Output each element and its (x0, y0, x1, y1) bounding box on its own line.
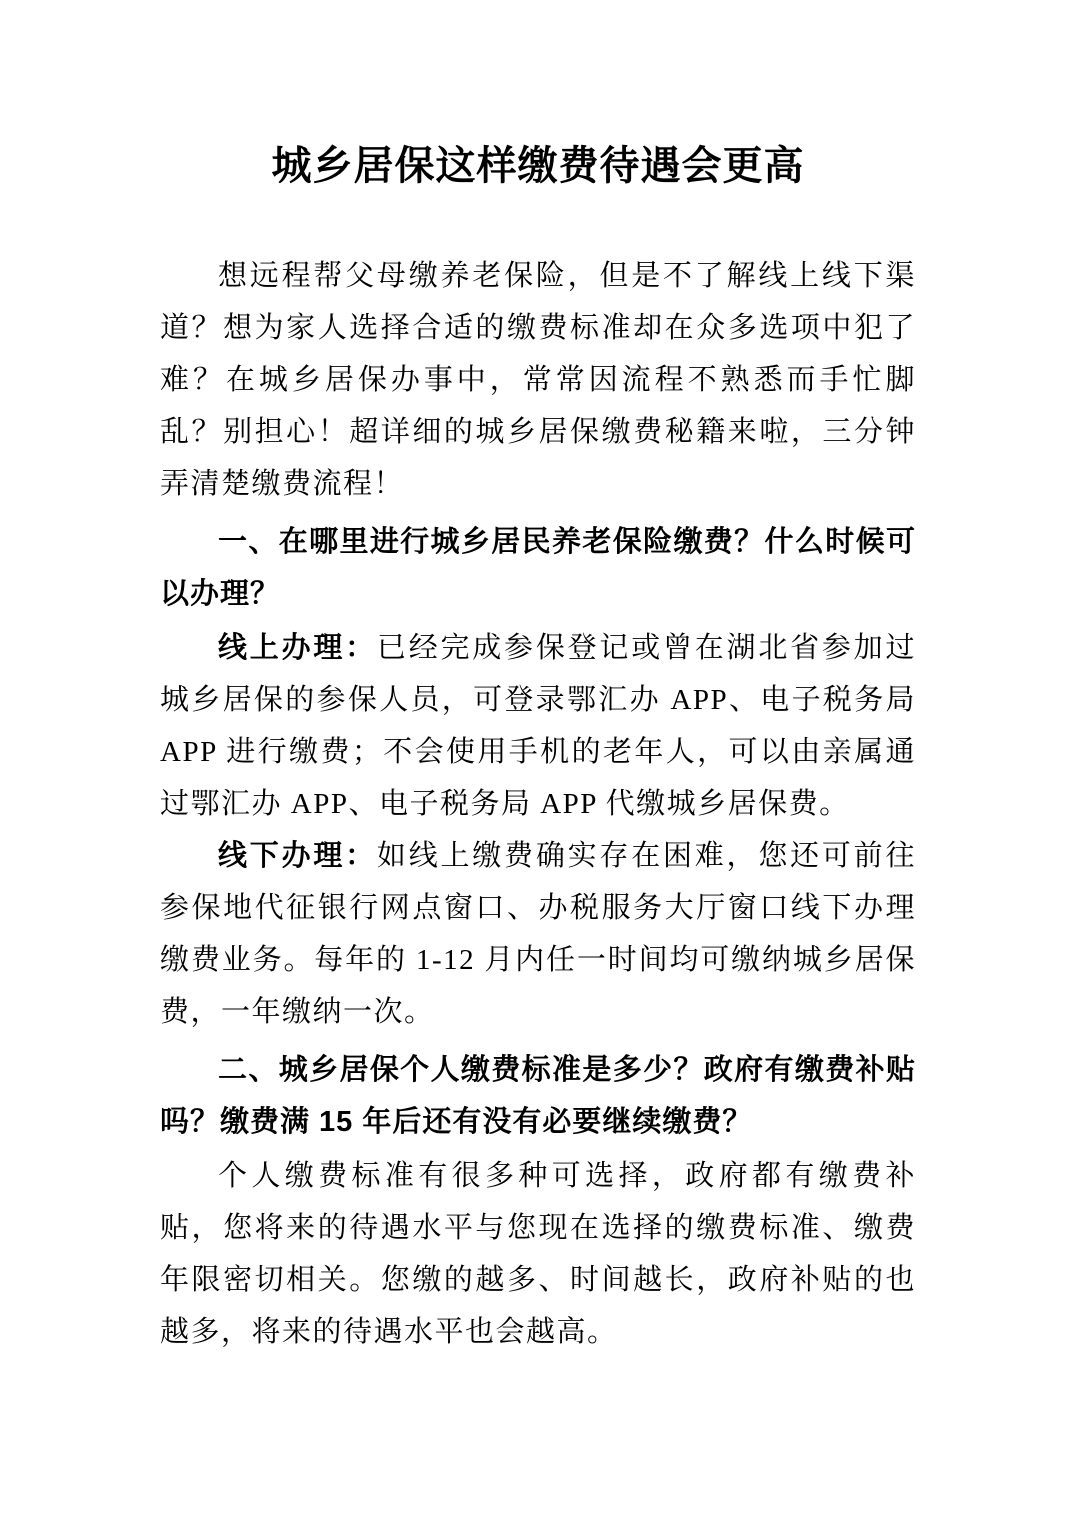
section2-heading: 二、城乡居保个人缴费标准是多少？政府有缴费补贴吗？缴费满 15 年后还有没有必要… (160, 1044, 916, 1148)
document-page: 城乡居保这样缴费待遇会更高 想远程帮父母缴养老保险，但是不了解线上线下渠道？想为… (0, 0, 1074, 1520)
document-title: 城乡居保这样缴费待遇会更高 (160, 138, 916, 194)
online-paragraph: 线上办理：已经完成参保登记或曾在湖北省参加过城乡居保的参保人员，可登录鄂汇办 A… (160, 622, 916, 830)
section1-heading: 一、在哪里进行城乡居民养老保险缴费？什么时候可以办理？ (160, 516, 916, 620)
document-content: 城乡居保这样缴费待遇会更高 想远程帮父母缴养老保险，但是不了解线上线下渠道？想为… (160, 138, 916, 1358)
online-label: 线上办理： (218, 632, 377, 664)
offline-paragraph: 线下办理：如线上缴费确实存在困难，您还可前往参保地代征银行网点窗口、办税服务大厅… (160, 830, 916, 1038)
intro-paragraph: 想远程帮父母缴养老保险，但是不了解线上线下渠道？想为家人选择合适的缴费标准却在众… (160, 250, 916, 510)
closing-paragraph: 个人缴费标准有很多种可选择，政府都有缴费补贴，您将来的待遇水平与您现在选择的缴费… (160, 1150, 916, 1358)
offline-label: 线下办理： (218, 840, 377, 872)
